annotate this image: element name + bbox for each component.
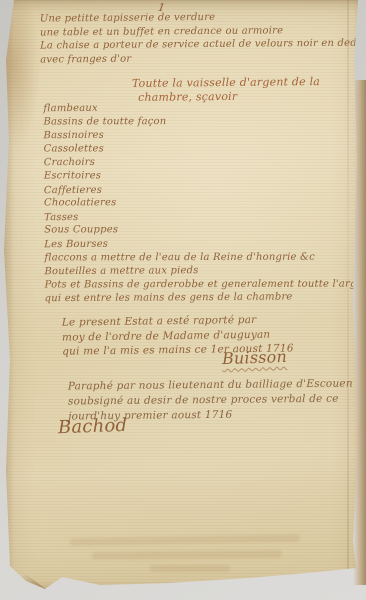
inventory-item: Chocolatieres	[44, 196, 366, 211]
inventory-item: Les Bourses	[44, 236, 366, 252]
inventory-item: Pots et Bassins de garderobbe et general…	[45, 277, 366, 292]
manuscript-page: 1 Une petitte tapisserie de verdure une …	[0, 0, 366, 600]
signature-bachod: Bachod	[58, 415, 128, 438]
photo-background: 1 Une petitte tapisserie de verdure une …	[0, 0, 366, 600]
inventory-item: Bouteilles a mettre aux pieds	[44, 263, 366, 279]
paper-stain	[0, 0, 41, 150]
intro-paragraph: Une petitte tapisserie de verdure une ta…	[40, 10, 366, 67]
inventory-item: Bassins de toutte façon	[43, 114, 366, 129]
inventory-item: Cassolettes	[44, 141, 366, 156]
ink-show-through	[92, 550, 282, 560]
inventory-list: flambeaux Bassins de toutte façon Bassin…	[43, 100, 366, 306]
inventory-item: Sous Couppes	[44, 223, 366, 238]
manuscript-line: soubsigné au desir de nostre proces verb…	[68, 392, 353, 410]
inventory-item: Bassinoires	[43, 127, 366, 143]
inventory-item: flambeaux	[43, 100, 366, 116]
ink-show-through	[150, 565, 230, 572]
folded-corner	[8, 548, 68, 592]
ink-show-through	[70, 534, 300, 546]
inventory-item: qui est entre les mains des gens de la c…	[45, 290, 366, 306]
manuscript-line: La chaise a porteur de service actuel de…	[40, 37, 366, 54]
manuscript-line: avec franges d'or	[40, 50, 366, 67]
inventory-item: flaccons a mettre de l'eau de la Reine d…	[44, 250, 366, 265]
inventory-item: Escritoires	[44, 169, 366, 184]
signature-buisson: Buisson	[222, 347, 288, 368]
heading-line: Toutte la vaisselle d'argent de la	[132, 75, 320, 90]
